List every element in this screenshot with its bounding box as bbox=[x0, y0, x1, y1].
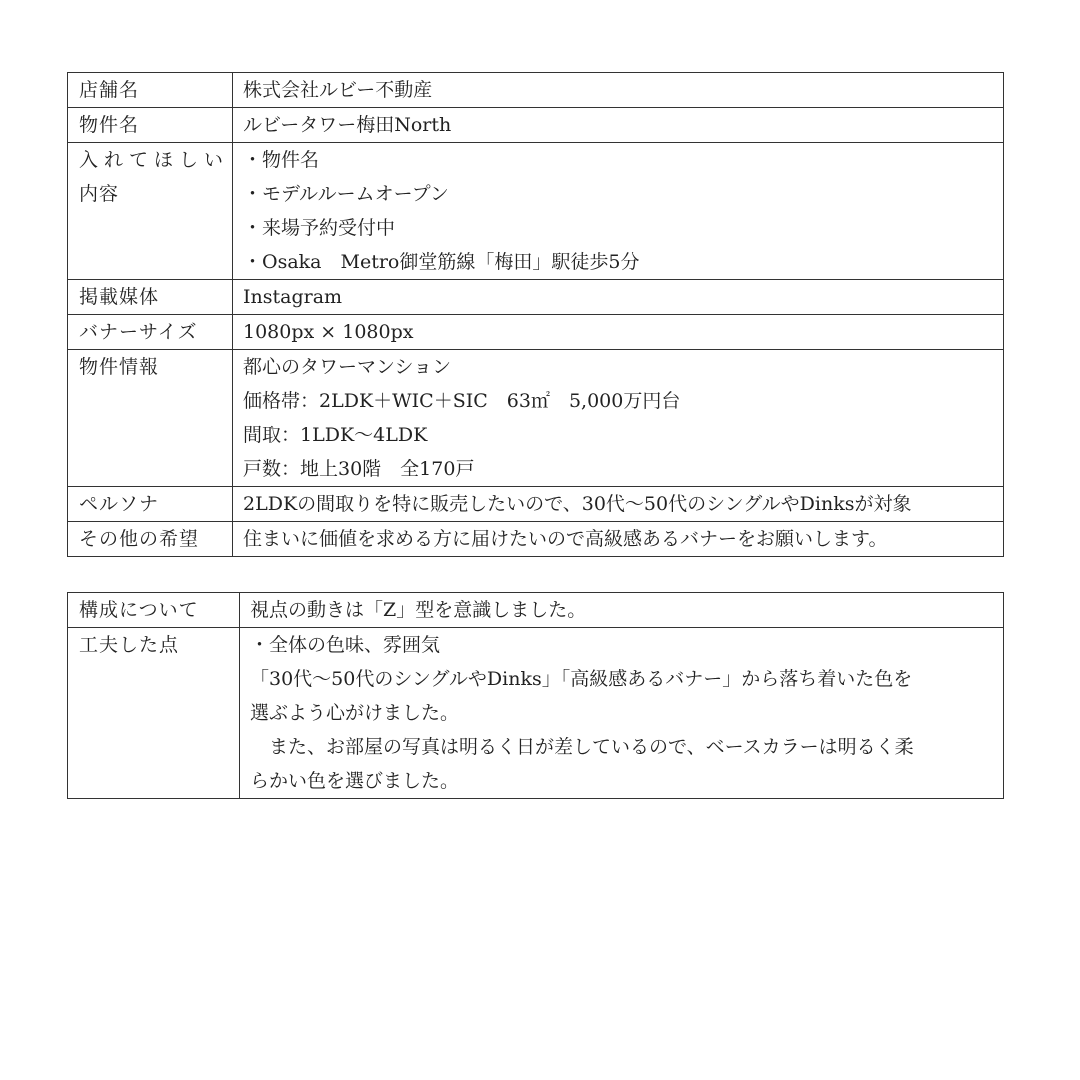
value-line: 価格帯：2LDK＋WIC＋SIC 63㎡ 5,000万円台 bbox=[243, 384, 1003, 418]
row-value: 1080px × 1080px bbox=[233, 315, 1004, 350]
label-line: 入れてほしい bbox=[79, 143, 232, 177]
value-line: 間取：1LDK～4LDK bbox=[243, 418, 1003, 452]
table-row: ペルソナ 2LDKの間取りを特に販売したいので、30代～50代のシングルやDin… bbox=[68, 487, 1004, 522]
value-line: ・全体の色味、雰囲気 bbox=[250, 628, 1003, 662]
table-row: 構成について 視点の動きは「Z」型を意識しました。 bbox=[68, 593, 1004, 628]
row-value: 株式会社ルビー不動産 bbox=[233, 73, 1004, 108]
row-value: Instagram bbox=[233, 280, 1004, 315]
row-label: 物件情報 bbox=[68, 350, 233, 487]
row-value: ・全体の色味、雰囲気 「30代～50代のシングルやDinks」「高級感あるバナー… bbox=[240, 628, 1004, 799]
row-label: 店舗名 bbox=[68, 73, 233, 108]
row-label: 入れてほしい 内容 bbox=[68, 143, 233, 280]
table-row: 掲載媒体 Instagram bbox=[68, 280, 1004, 315]
request-table: 店舗名 株式会社ルビー不動産 物件名 ルビータワー梅田North 入れてほしい … bbox=[67, 72, 1004, 557]
value-line: ・モデルルームオープン bbox=[243, 177, 1003, 211]
row-value: ルビータワー梅田North bbox=[233, 108, 1004, 143]
table-row: 店舗名 株式会社ルビー不動産 bbox=[68, 73, 1004, 108]
row-value: 2LDKの間取りを特に販売したいので、30代～50代のシングルやDinksが対象 bbox=[233, 487, 1004, 522]
design-notes-table: 構成について 視点の動きは「Z」型を意識しました。 工夫した点 ・全体の色味、雰… bbox=[67, 592, 1004, 799]
row-label: 構成について bbox=[68, 593, 240, 628]
value-line: 都心のタワーマンション bbox=[243, 350, 1003, 384]
row-value: ・物件名 ・モデルルームオープン ・来場予約受付中 ・Osaka Metro御堂… bbox=[233, 143, 1004, 280]
row-value: 住まいに価値を求める方に届けたいので高級感あるバナーをお願いします。 bbox=[233, 522, 1004, 557]
value-line: ・Osaka Metro御堂筋線「梅田」駅徒歩5分 bbox=[243, 245, 1003, 279]
table-row: バナーサイズ 1080px × 1080px bbox=[68, 315, 1004, 350]
value-line: 戸数：地上30階 全170戸 bbox=[243, 452, 1003, 486]
table-row: 工夫した点 ・全体の色味、雰囲気 「30代～50代のシングルやDinks」「高級… bbox=[68, 628, 1004, 799]
row-label: 掲載媒体 bbox=[68, 280, 233, 315]
row-label: バナーサイズ bbox=[68, 315, 233, 350]
row-label: 工夫した点 bbox=[68, 628, 240, 799]
row-value: 都心のタワーマンション 価格帯：2LDK＋WIC＋SIC 63㎡ 5,000万円… bbox=[233, 350, 1004, 487]
row-label: その他の希望 bbox=[68, 522, 233, 557]
value-line: また、お部屋の写真は明るく日が差しているので、ベースカラーは明るく柔 bbox=[250, 730, 1003, 764]
value-line: 「30代～50代のシングルやDinks」「高級感あるバナー」から落ち着いた色を bbox=[250, 662, 1003, 696]
row-label: ペルソナ bbox=[68, 487, 233, 522]
value-line: らかい色を選びました。 bbox=[250, 764, 1003, 798]
table-row: 物件情報 都心のタワーマンション 価格帯：2LDK＋WIC＋SIC 63㎡ 5,… bbox=[68, 350, 1004, 487]
row-value: 視点の動きは「Z」型を意識しました。 bbox=[240, 593, 1004, 628]
value-line: ・物件名 bbox=[243, 143, 1003, 177]
table-row: 物件名 ルビータワー梅田North bbox=[68, 108, 1004, 143]
value-line: ・来場予約受付中 bbox=[243, 211, 1003, 245]
label-line: 内容 bbox=[79, 177, 232, 211]
row-label: 物件名 bbox=[68, 108, 233, 143]
table-row: その他の希望 住まいに価値を求める方に届けたいので高級感あるバナーをお願いします… bbox=[68, 522, 1004, 557]
value-line: 選ぶよう心がけました。 bbox=[250, 696, 1003, 730]
table-row: 入れてほしい 内容 ・物件名 ・モデルルームオープン ・来場予約受付中 ・Osa… bbox=[68, 143, 1004, 280]
